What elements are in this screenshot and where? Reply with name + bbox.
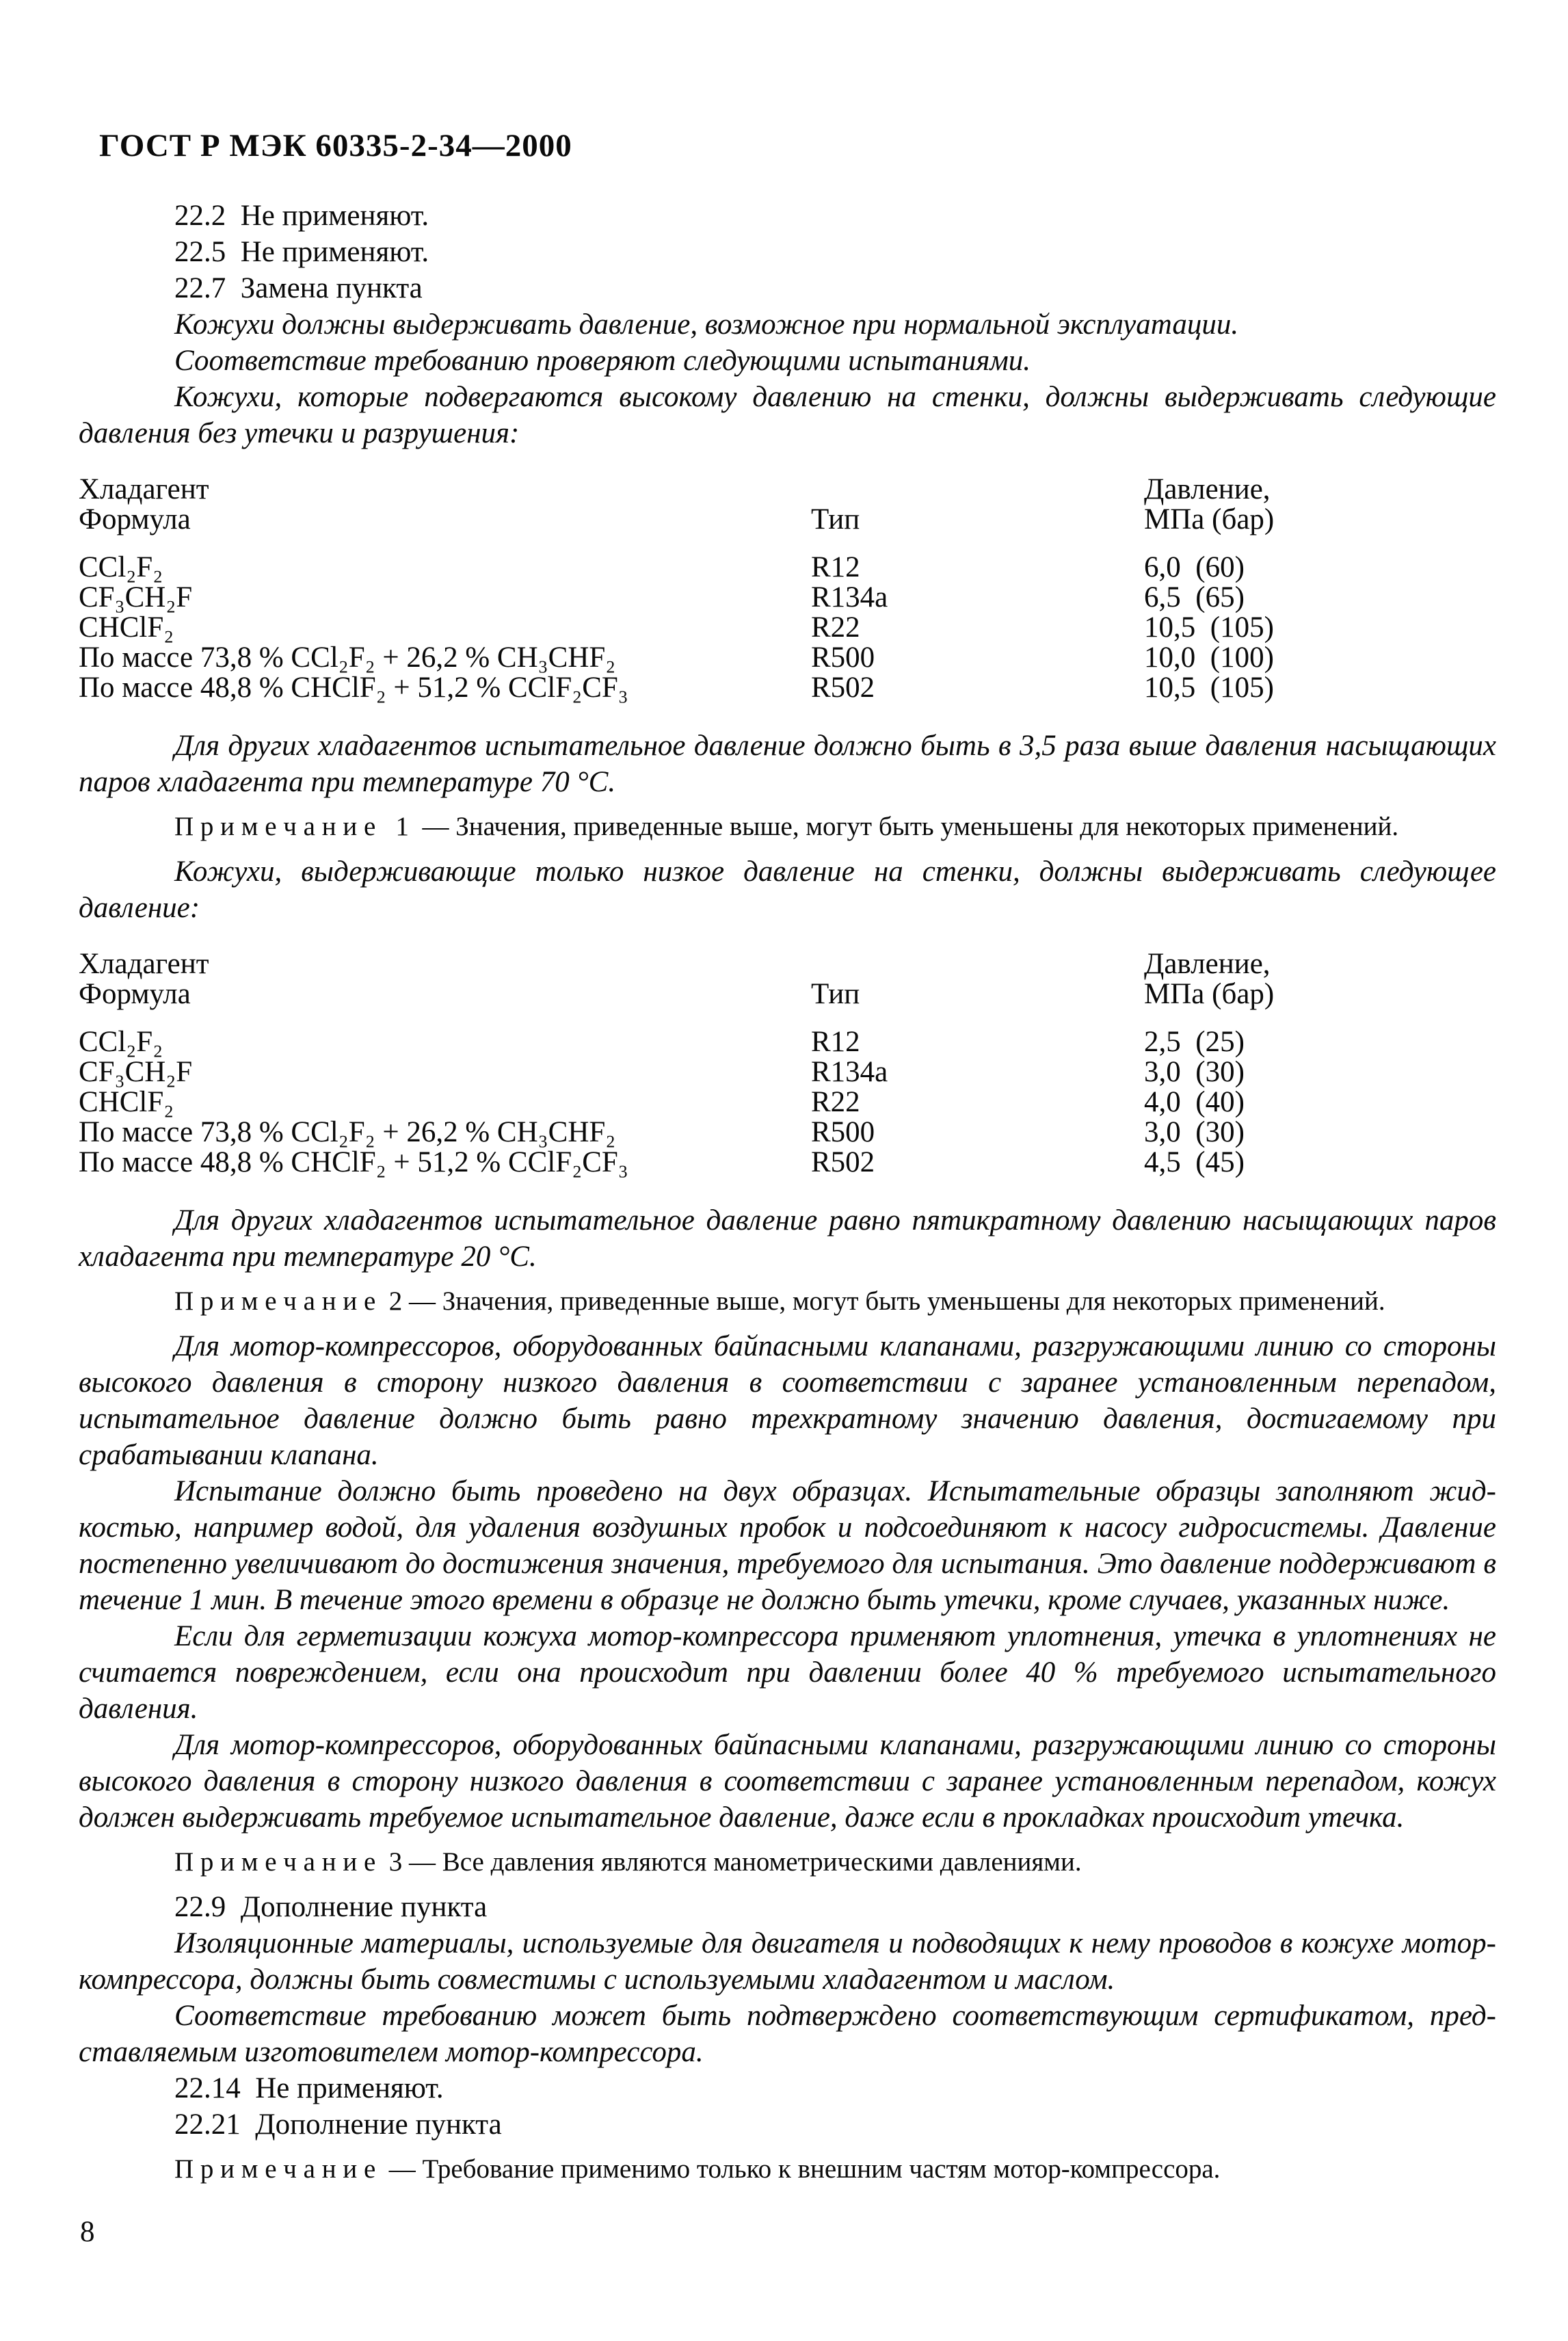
cell-formula: CHClF₂ [79,1087,811,1117]
cell-pressure: 6,5 (65) [1144,583,1496,613]
cell-type: R22 [811,613,1144,643]
clause-22-14: 22.14 Не применяют. [79,2070,1496,2106]
table-row: По массе 48,8 % CHClF₂ + 51,2 % CClF₂CF₃… [79,673,1496,703]
clause-22-5: 22.5 Не применяют. [79,234,1496,270]
cell-type: R134a [811,1057,1144,1087]
table-row: CHClF₂ R22 10,5 (105) [79,613,1496,643]
cell-type: R22 [811,1087,1144,1117]
cell-type: R500 [811,643,1144,673]
table-row: CF₃CH₂F R134a 6,5 (65) [79,583,1496,613]
requirement-certificate: Соответствие требованию может быть подтв… [79,1998,1496,2070]
column-header-pressure: Давление, [1144,949,1496,979]
cell-formula: CF₃CH₂F [79,1057,811,1087]
cell-type: R134a [811,583,1144,613]
requirement-low-pressure-intro: Кожухи, выдерживающие только низкое давл… [79,854,1496,926]
note-external-parts: П р и м е ч а н и е — Требование примени… [79,2152,1496,2186]
cell-pressure: 10,5 (105) [1144,613,1496,643]
requirement-insulation-materials: Изоляционные материалы, используемые для… [79,1925,1496,1998]
requirement-compliance-check: Соответствие требованию проверяют следую… [79,343,1496,379]
cell-pressure: 2,5 (25) [1144,1027,1496,1057]
table-header-row: Хладагент Давление, [79,949,1496,979]
column-subheader-unit: МПа (бар) [1144,505,1496,553]
table-subheader-row: Формула Тип МПа (бар) [79,979,1496,1027]
table-subheader-row: Формула Тип МПа (бар) [79,505,1496,553]
cell-formula: По массе 73,8 % CCl₂F₂ + 26,2 % CH₃CHF₂ [79,1117,811,1148]
table-row: CCl₂F₂ R12 6,0 (60) [79,553,1496,583]
requirement-bypass-valve-housing: Для мотор-компрессоров, оборудованных ба… [79,1727,1496,1836]
requirement-other-refrigerants-3-5x: Для других хладагентов испытательное дав… [79,728,1496,800]
document-page: ГОСТ Р МЭК 60335-2-34—2000 22.2 Не приме… [0,0,1568,2341]
cell-formula: CCl₂F₂ [79,1027,811,1057]
table-row: По массе 48,8 % CHClF₂ + 51,2 % CClF₂CF₃… [79,1148,1496,1178]
cell-formula: CF₃CH₂F [79,583,811,613]
requirement-bypass-valve-test-pressure: Для мотор-компрессоров, оборудованных ба… [79,1328,1496,1473]
clause-22-2: 22.2 Не применяют. [79,198,1496,234]
column-subheader-formula: Формула [79,979,811,1027]
table-row: По массе 73,8 % CCl₂F₂ + 26,2 % CH₃CHF₂ … [79,643,1496,673]
cell-pressure: 10,5 (105) [1144,673,1496,703]
cell-type: R500 [811,1117,1144,1148]
cell-type: R12 [811,553,1144,583]
table-row: CHClF₂ R22 4,0 (40) [79,1087,1496,1117]
column-header-pressure: Давление, [1144,475,1496,505]
document-code-header: ГОСТ Р МЭК 60335-2-34—2000 [99,127,1496,165]
clause-22-7: 22.7 Замена пункта [79,270,1496,306]
note-3: П р и м е ч а н и е 3 — Все давления явл… [79,1845,1496,1879]
cell-pressure: 4,5 (45) [1144,1148,1496,1178]
cell-formula: CHClF₂ [79,613,811,643]
table-row: CCl₂F₂ R12 2,5 (25) [79,1027,1496,1057]
cell-type: R502 [811,1148,1144,1178]
column-subheader-formula: Формула [79,505,811,553]
cell-type: R502 [811,673,1144,703]
clause-22-21: 22.21 Дополнение пункта [79,2106,1496,2143]
column-subheader-unit: МПа (бар) [1144,979,1496,1027]
high-pressure-table: Хладагент Давление, Формула Тип МПа (бар… [79,475,1496,703]
cell-pressure: 4,0 (40) [1144,1087,1496,1117]
cell-formula: CCl₂F₂ [79,553,811,583]
requirement-two-samples-procedure: Испытание должно быть проведено на двух … [79,1473,1496,1618]
clause-22-9: 22.9 Дополнение пункта [79,1889,1496,1925]
requirement-withstand-pressure: Кожухи должны выдерживать давление, возм… [79,306,1496,343]
cell-formula: По массе 48,8 % CHClF₂ + 51,2 % CClF₂CF₃ [79,1148,811,1178]
requirement-high-pressure-intro: Кожухи, которые подвергаются высокому да… [79,379,1496,451]
cell-type: R12 [811,1027,1144,1057]
column-subheader-type: Тип [811,979,1144,1027]
cell-pressure: 6,0 (60) [1144,553,1496,583]
requirement-seals-leakage: Если для герметизации кожуха мотор-компр… [79,1618,1496,1727]
note-1: П р и м е ч а н и е 1 — Значения, привед… [79,810,1496,844]
cell-pressure: 10,0 (100) [1144,643,1496,673]
cell-pressure: 3,0 (30) [1144,1117,1496,1148]
table-header-row: Хладагент Давление, [79,475,1496,505]
note-2: П р и м е ч а н и е 2 — Значения, привед… [79,1284,1496,1319]
column-subheader-type: Тип [811,505,1144,553]
cell-formula: По массе 48,8 % CHClF₂ + 51,2 % CClF₂CF₃ [79,673,811,703]
requirement-other-refrigerants-5x: Для других хладагентов испытательное дав… [79,1202,1496,1275]
page-number: 8 [79,2214,1496,2250]
table-row: По массе 73,8 % CCl₂F₂ + 26,2 % CH₃CHF₂ … [79,1117,1496,1148]
column-header-refrigerant: Хладагент [79,475,1144,505]
column-header-refrigerant: Хладагент [79,949,1144,979]
low-pressure-table: Хладагент Давление, Формула Тип МПа (бар… [79,949,1496,1178]
cell-formula: По массе 73,8 % CCl₂F₂ + 26,2 % CH₃CHF₂ [79,643,811,673]
cell-pressure: 3,0 (30) [1144,1057,1496,1087]
table-row: CF₃CH₂F R134a 3,0 (30) [79,1057,1496,1087]
